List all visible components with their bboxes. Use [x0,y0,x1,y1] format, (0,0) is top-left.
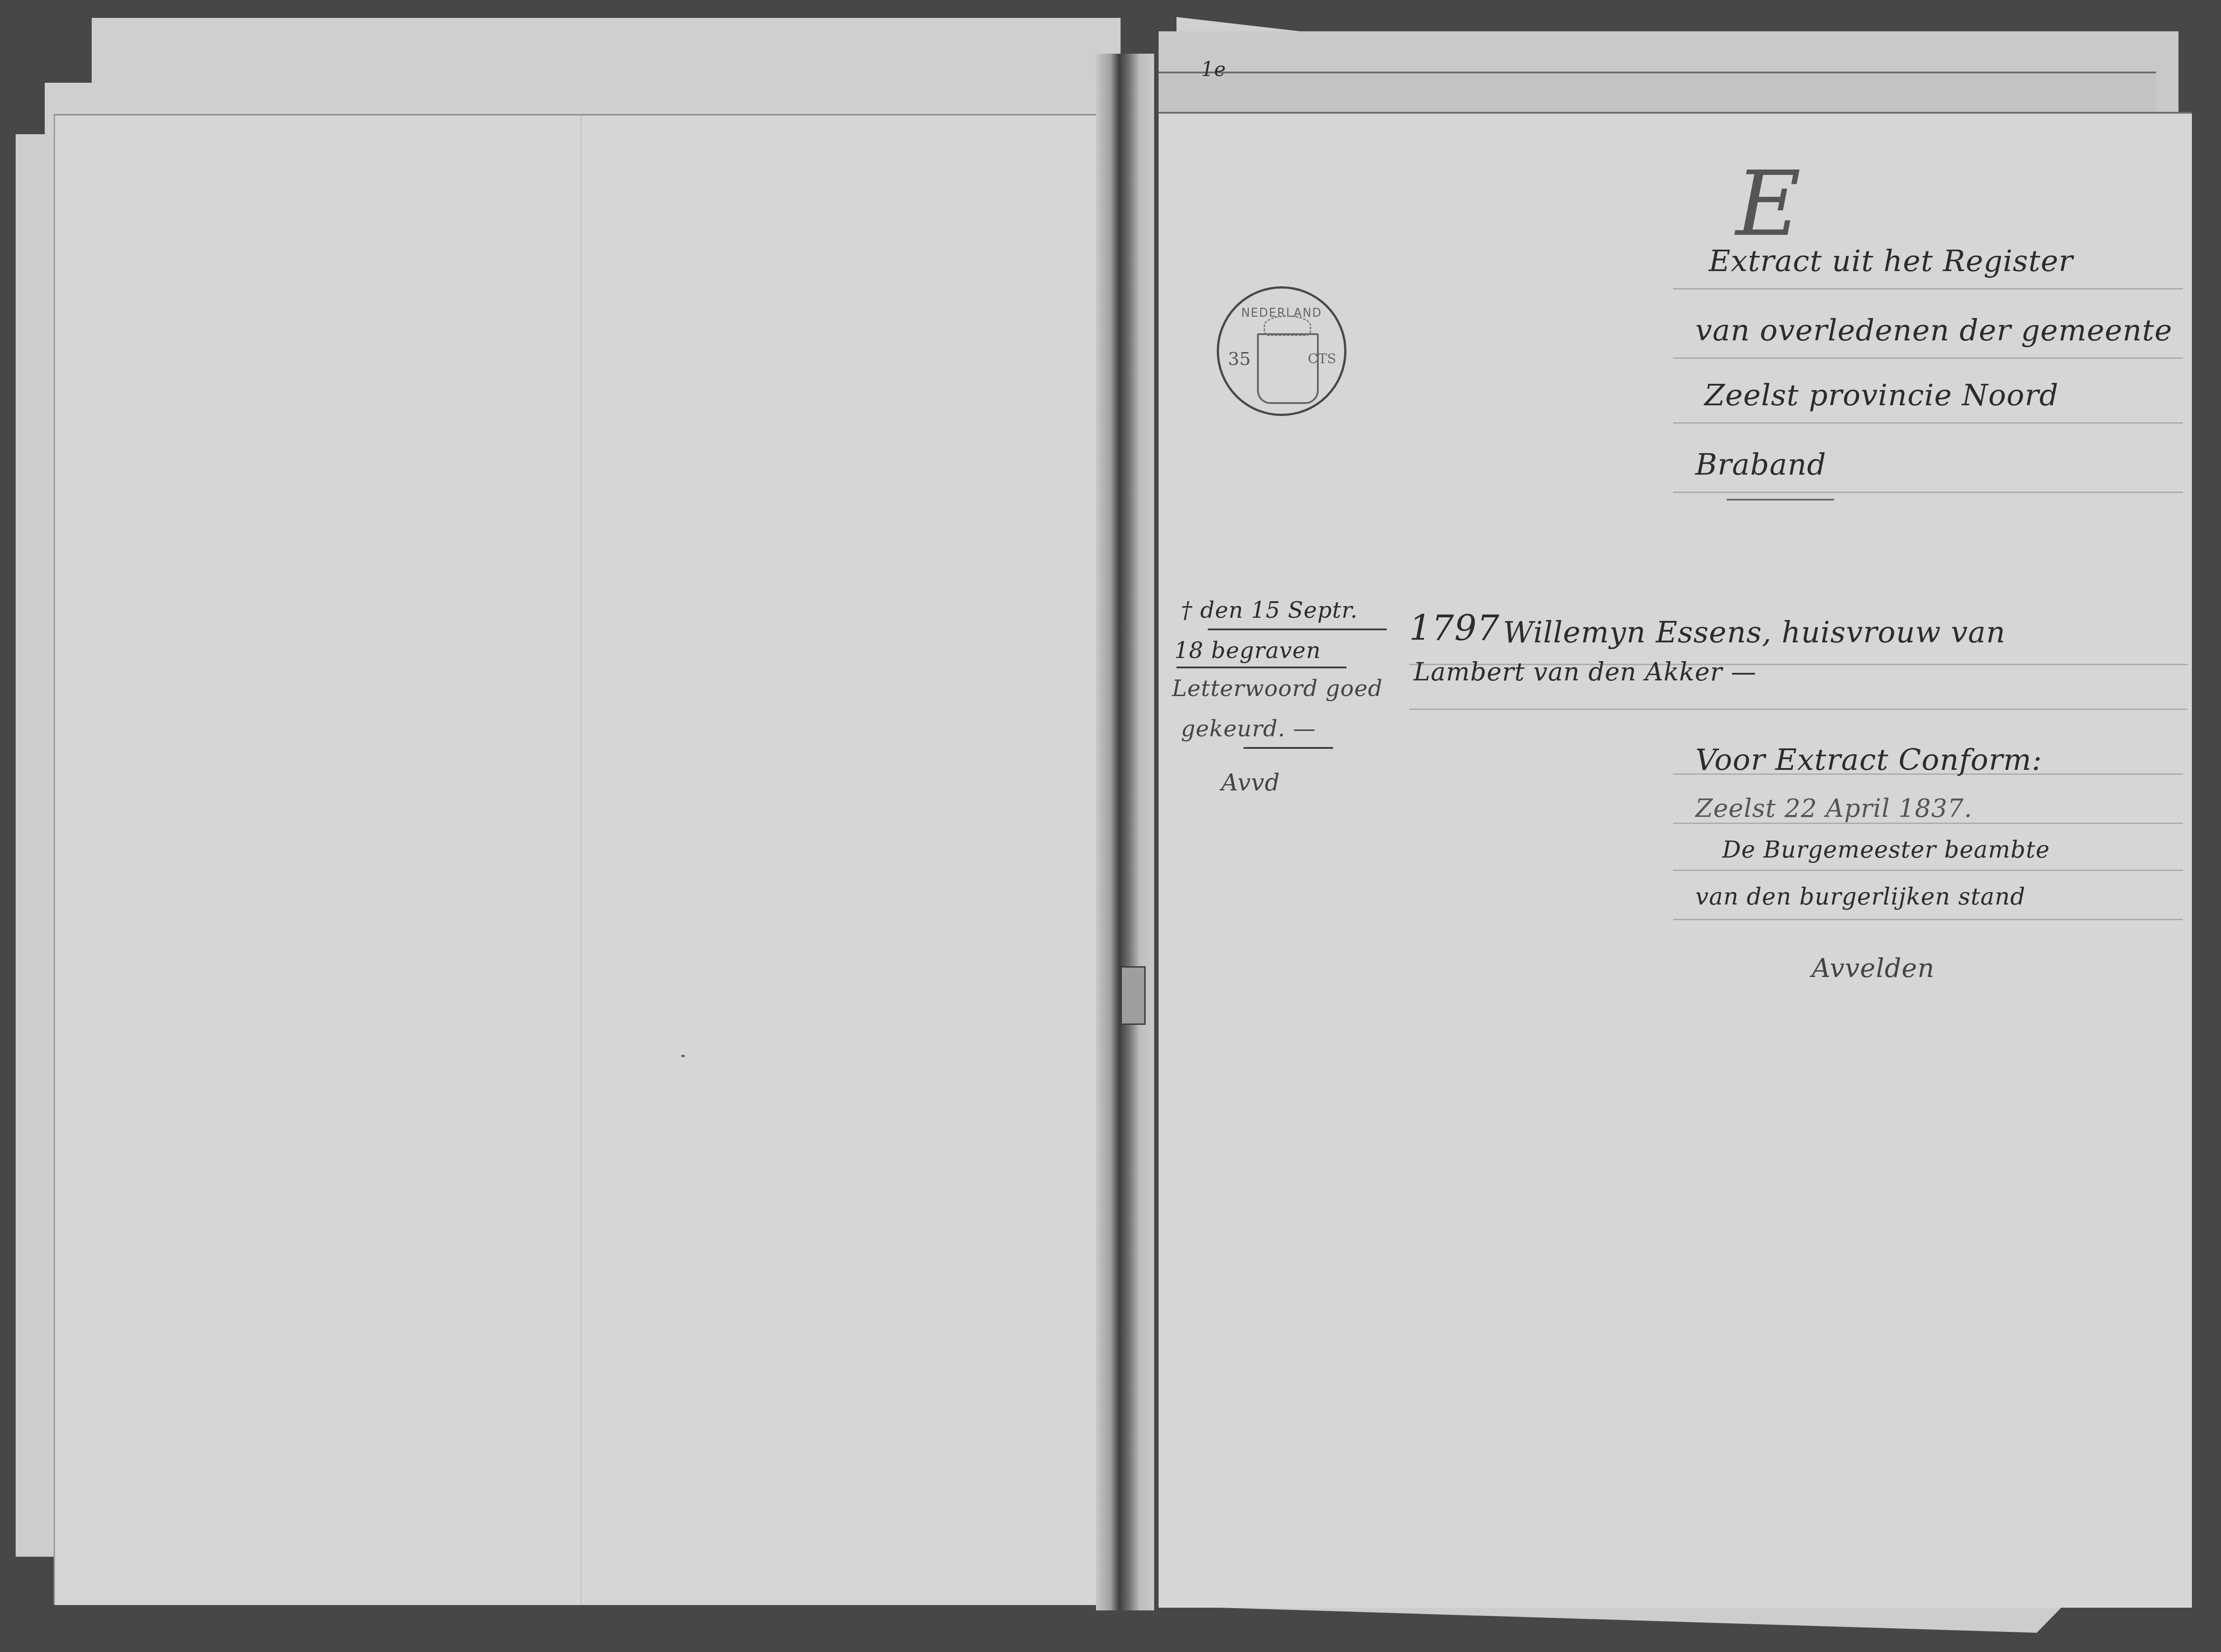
page-number: 1e [1201,58,1226,81]
header-line: van overledenen der gemeente [1695,313,2172,348]
ruled-line [1673,870,2183,871]
entry-year: 1797 [1409,608,1500,649]
left-page [54,114,1097,1605]
certification-line: Zeelst 22 April 1837. [1695,794,1972,823]
header-initial: E [1736,152,1801,256]
entry-line: Lambert van den Akker — [1414,658,1757,687]
margin-note-line: Letterwoord goed [1172,675,1383,701]
ruled-line [1673,919,2183,920]
signature: Avvelden [1812,953,1935,983]
ruled-line [1673,357,2183,359]
header-line: Extract uit het Register [1709,244,2073,278]
fold-line [581,115,582,1605]
binding-gutter [1096,54,1154,1610]
certification-line: De Burgemeester beambte [1722,837,2050,863]
entry-line: Willemyn Essens, huisvrouw van [1503,615,2005,650]
margin-note-line: gekeurd. — [1181,716,1316,742]
certification-line: Voor Extract Conform: [1695,743,2042,777]
header-line: Zeelst provincie Noord [1704,378,2059,412]
margin-underline [1208,629,1387,630]
shield-icon [1257,333,1319,404]
header-line: Braband [1695,447,1826,482]
certification-line: van den burgerlijken stand [1695,883,2026,910]
margin-underline [1244,747,1333,749]
revenue-stamp: NEDERLAND 35 CTS [1217,286,1346,416]
ruled-line [1673,288,2183,289]
margin-note-line: † den 15 Septr. [1181,597,1358,623]
ruled-line [1673,422,2183,424]
ink-speck [681,1055,685,1057]
stamp-value: 35 [1228,349,1251,369]
flourish [1727,499,1834,501]
ruled-line [1409,709,2187,710]
margin-underline [1176,667,1346,668]
binding-clasp-icon [1121,966,1146,1025]
ruled-line [1673,492,2183,493]
margin-note-line: 18 begraven [1174,637,1321,663]
stamp-unit: CTS [1308,351,1336,367]
margin-initials: Avvd [1221,769,1280,796]
